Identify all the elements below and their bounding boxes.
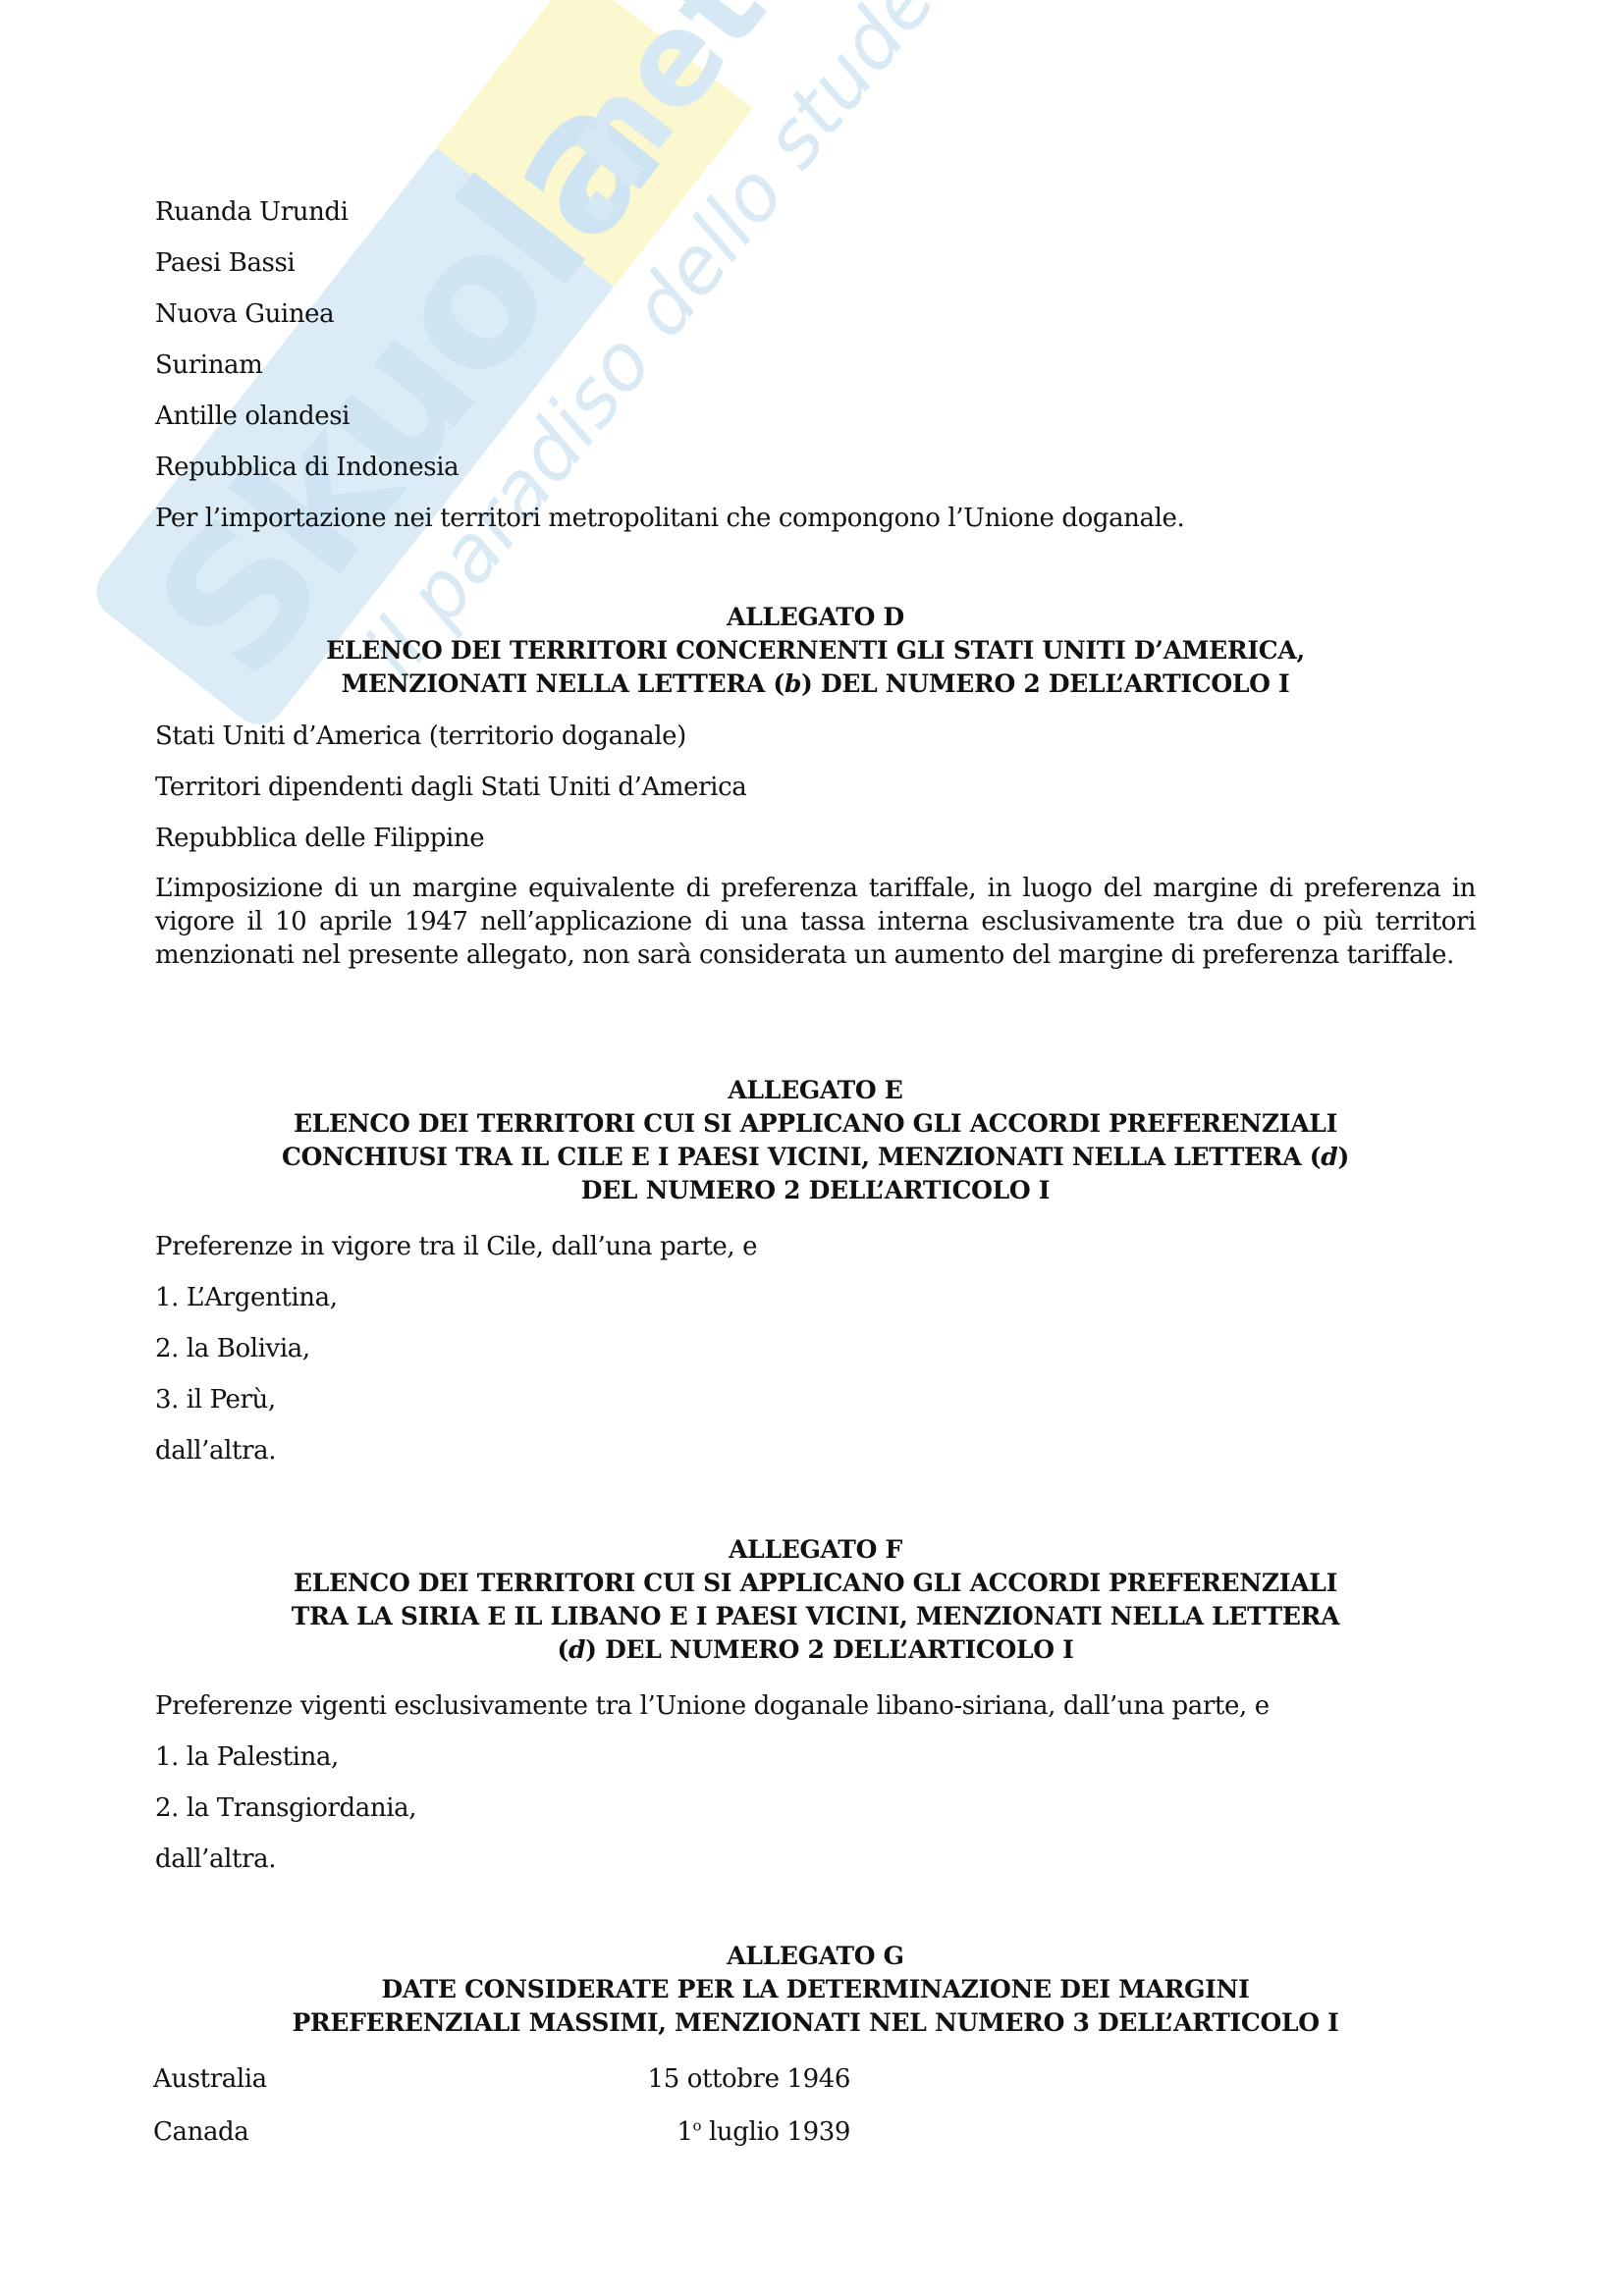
country-cell: Canada [153,2116,248,2148]
section-outro: dall’altra. [155,1435,276,1467]
list-item: 1. la Palestina, [155,1741,339,1773]
list-item: Antille olandesi [155,400,350,432]
allegato-title-line: TRA LA SIRIA E IL LIBANO E I PAESI VICIN… [155,1600,1476,1633]
allegato-title-line: ELENCO DEI TERRITORI CUI SI APPLICANO GL… [155,1567,1476,1600]
title-letter: b [784,669,801,698]
document-page: Ruanda Urundi Paesi Bassi Nuova Guinea S… [0,0,1623,2296]
title-text: CONCHIUSI TRA IL CILE E I PAESI VICINI, … [282,1143,1321,1171]
title-text: MENZIONATI NELLA LETTERA ( [342,669,784,698]
date-cell: 15 ottobre 1946 [648,2063,850,2095]
list-item: 1. L’Argentina, [155,1282,338,1313]
allegato-label: ALLEGATO F [155,1533,1476,1567]
allegato-title-line: PREFERENZIALI MASSIMI, MENZIONATI NEL NU… [155,2006,1476,2040]
section-intro: Preferenze vigenti esclusivamente tra l’… [155,1690,1270,1722]
allegato-label: ALLEGATO E [155,1074,1476,1107]
section-intro: Preferenze in vigore tra il Cile, dall’u… [155,1231,757,1262]
allegato-d-note: L’imposizione di un margine equivalente … [155,872,1476,972]
allegato-f-heading: ALLEGATO F ELENCO DEI TERRITORI CUI SI A… [155,1533,1476,1667]
allegato-e-heading: ALLEGATO E ELENCO DEI TERRITORI CUI SI A… [155,1074,1476,1207]
allegato-title-line: (d) DEL NUMERO 2 DELL’ARTICOLO I [155,1633,1476,1667]
allegato-title-line: ELENCO DEI TERRITORI CONCERNENTI GLI STA… [155,634,1476,667]
allegato-title-line: DEL NUMERO 2 DELL’ARTICOLO I [155,1174,1476,1207]
allegato-d-heading: ALLEGATO D ELENCO DEI TERRITORI CONCERNE… [155,601,1476,701]
date-text: luglio 1939 [701,2117,850,2147]
list-item: 3. il Perù, [155,1384,276,1415]
title-text: ( [557,1635,568,1664]
allegato-g-heading: ALLEGATO G DATE CONSIDERATE PER LA DETER… [155,1940,1476,2040]
title-letter: d [568,1635,585,1664]
list-item: Repubblica delle Filippine [155,823,484,854]
section-note: Per l’importazione nei territori metropo… [155,503,1184,534]
date-text: 1 [676,2117,692,2147]
list-item: Territori dipendenti dagli Stati Uniti d… [155,772,746,803]
list-item: Repubblica di Indonesia [155,452,459,483]
allegato-title-line: ELENCO DEI TERRITORI CUI SI APPLICANO GL… [155,1107,1476,1141]
title-text: ) DEL NUMERO 2 DELL’ARTICOLO I [801,669,1289,698]
list-item: Stati Uniti d’America (territorio dogana… [155,721,686,752]
title-letter: d [1321,1143,1337,1171]
list-item: Nuova Guinea [155,298,334,330]
section-outro: dall’altra. [155,1843,276,1875]
allegato-title-line: MENZIONATI NELLA LETTERA (b) DEL NUMERO … [155,667,1476,701]
allegato-label: ALLEGATO D [155,601,1476,634]
list-item: Ruanda Urundi [155,196,349,228]
list-item: Surinam [155,349,262,381]
list-item: 2. la Bolivia, [155,1333,310,1364]
allegato-label: ALLEGATO G [155,1940,1476,1973]
title-text: ) [1337,1143,1349,1171]
list-item: 2. la Transgiordania, [155,1792,416,1824]
date-cell: 1o luglio 1939 [676,2116,850,2148]
allegato-title-line: CONCHIUSI TRA IL CILE E I PAESI VICINI, … [155,1141,1476,1174]
country-cell: Australia [153,2063,267,2095]
title-text: ) DEL NUMERO 2 DELL’ARTICOLO I [585,1635,1073,1664]
list-item: Paesi Bassi [155,247,295,279]
allegato-title-line: DATE CONSIDERATE PER LA DETERMINAZIONE D… [155,1973,1476,2006]
date-text: 15 ottobre 1946 [648,2064,850,2094]
date-ordinal: o [692,2116,701,2134]
